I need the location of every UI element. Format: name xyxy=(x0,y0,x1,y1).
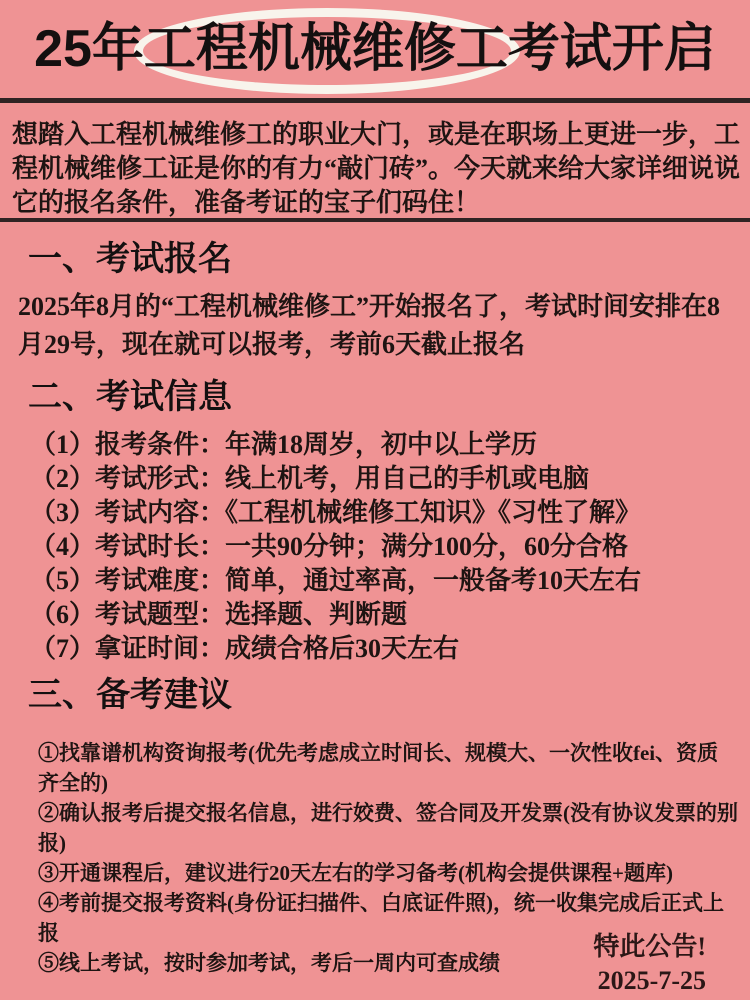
exam-info-list: （1）报考条件：年满18周岁，初中以上学历 （2）考试形式：线上机考，用自己的手… xyxy=(30,428,736,666)
section1-heading: 一、考试报名 xyxy=(28,240,232,278)
list-item: （6）考试题型：选择题、判断题 xyxy=(30,598,736,632)
header: 25年工程机械维修工考试开启 xyxy=(0,0,750,98)
divider-intro xyxy=(0,218,750,222)
page-title: 25年工程机械维修工考试开启 xyxy=(0,0,750,82)
list-item: （5）考试难度：简单，通过率高，一般备考10天左右 xyxy=(30,564,736,598)
list-item: （7）拿证时间：成绩合格后30天左右 xyxy=(30,632,736,666)
list-item: （1）报考条件：年满18周岁，初中以上学历 xyxy=(30,428,736,462)
divider-top xyxy=(0,98,750,103)
announcement-poster: 25年工程机械维修工考试开启 想踏入工程机械维修工的职业大门，或是在职场上更进一… xyxy=(0,0,750,1000)
list-item: （3）考试内容：《工程机械维修工知识》《习性了解》 xyxy=(30,496,736,530)
section1-body: 2025年8月的“工程机械维修工”开始报名了，考试时间安排在8月29号，现在就可… xyxy=(18,288,734,364)
section2-heading: 二、考试信息 xyxy=(28,378,232,416)
list-item: （2）考试形式：线上机考，用自己的手机或电脑 xyxy=(30,462,736,496)
section3-heading: 三、备考建议 xyxy=(28,676,232,714)
list-item: ②确认报考后提交报名信息，进行姣费、签合同及开发票(没有协议发票的别报) xyxy=(38,798,738,858)
footer-date: 2025-7-25 xyxy=(593,964,706,998)
list-item: （4）考试时长：一共90分钟；满分100分，60分合格 xyxy=(30,530,736,564)
footer-notice: 特此公告! xyxy=(593,930,706,964)
list-item: ①找靠谱机构资询报考(优先考虑成立时间长、规模大、一次性收fei、资质齐全的) xyxy=(38,738,738,798)
list-item: ③开通课程后，建议进行20天左右的学习备考(机构会提供课程+题库) xyxy=(38,858,738,888)
intro-paragraph: 想踏入工程机械维修工的职业大门，或是在职场上更进一步，工程机械维修工证是你的有力… xyxy=(12,118,740,220)
footer: 特此公告! 2025-7-25 xyxy=(593,930,706,998)
